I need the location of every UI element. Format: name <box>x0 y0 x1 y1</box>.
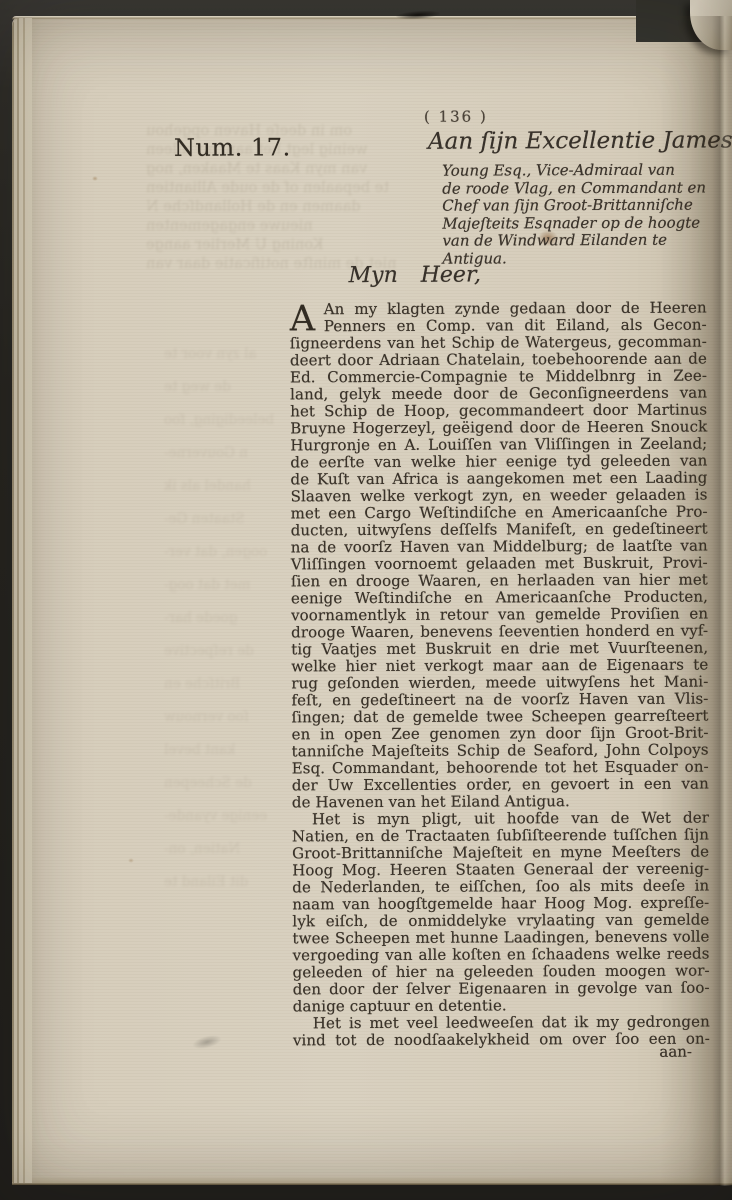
letter-title: Aan ſijn Excellentie James <box>428 127 714 154</box>
book-scan: om in deeſe Haven opgehouweinig legt het… <box>0 0 732 1200</box>
address-line: Antigua. <box>442 249 708 268</box>
paragraph-2: Het is myn pligt, uit hoofde van de Wet … <box>292 810 710 1016</box>
address-line: Young Esq., Vice-Admiraal van <box>442 162 708 181</box>
page-number: ( 136 ) <box>404 107 508 125</box>
address-line: van de Windward Eilanden te <box>442 232 708 251</box>
document-number-label: Num. 17. <box>174 133 291 162</box>
address-line: Majeſteits Esqnader op de hoogte <box>442 214 708 233</box>
salutation: Myn Heer, <box>349 262 482 288</box>
printed-content: ( 136 ) Num. 17. Aan ſijn Excellentie Ja… <box>0 0 732 1200</box>
paragraph-1: An my klagten zynde gedaan door de Heere… <box>290 300 709 812</box>
letter-address: Young Esq., Vice-Admiraal vande roode Vl… <box>442 162 708 268</box>
catchword: aan- <box>602 1043 692 1061</box>
letter-body: An my klagten zynde gedaan door de Heere… <box>290 300 710 1050</box>
address-line: Chef van ſijn Groot-Brittanniſche <box>442 197 708 216</box>
